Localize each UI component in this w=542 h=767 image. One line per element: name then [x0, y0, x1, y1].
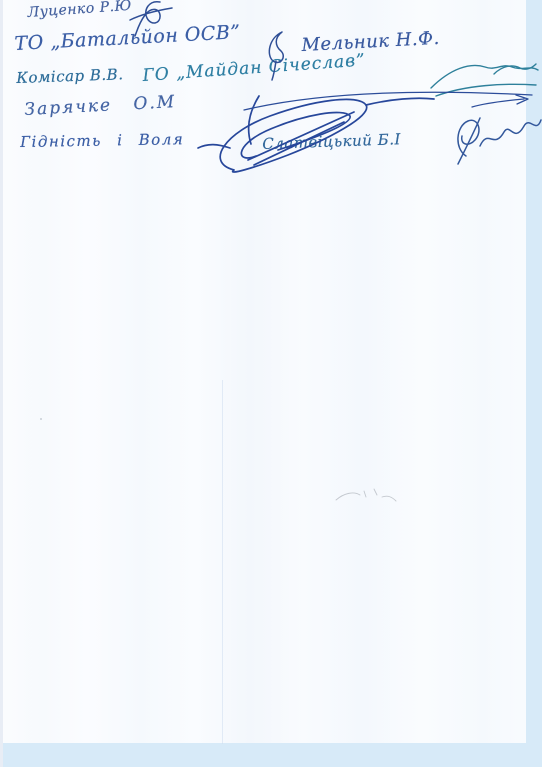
pencil-smudge-artifact: [330, 482, 400, 510]
dust-speck-artifact: [40, 418, 42, 420]
scan-edge-strip-left: [0, 0, 3, 767]
signature-slatvitskyi-icon: [450, 110, 542, 166]
handwritten-name-komisar: Комісар В.В.: [16, 65, 124, 87]
signature-lutsenko-icon: [128, 0, 173, 38]
handwritten-org-hidnist-i-volia: Гідність і Воля: [20, 130, 184, 151]
handwritten-name-melnyk: Мельник Н.Ф.: [301, 28, 440, 56]
scanner-artifact-line: [222, 380, 223, 744]
signature-melnyk-initial-icon: [260, 30, 302, 82]
handwritten-name-lutsenko: Луценко Р.Ю: [27, 0, 132, 21]
scan-edge-band-bottom: [0, 743, 542, 767]
scanned-page: Луценко Р.Ю ТО „Батальйон ОСВ” Мельник Н…: [0, 0, 542, 767]
handwritten-org-maidan-sicheslav: ГО „Майдан Січеслав”: [142, 50, 366, 86]
handwritten-name-zariachke: Зарячке О.М: [24, 92, 177, 120]
